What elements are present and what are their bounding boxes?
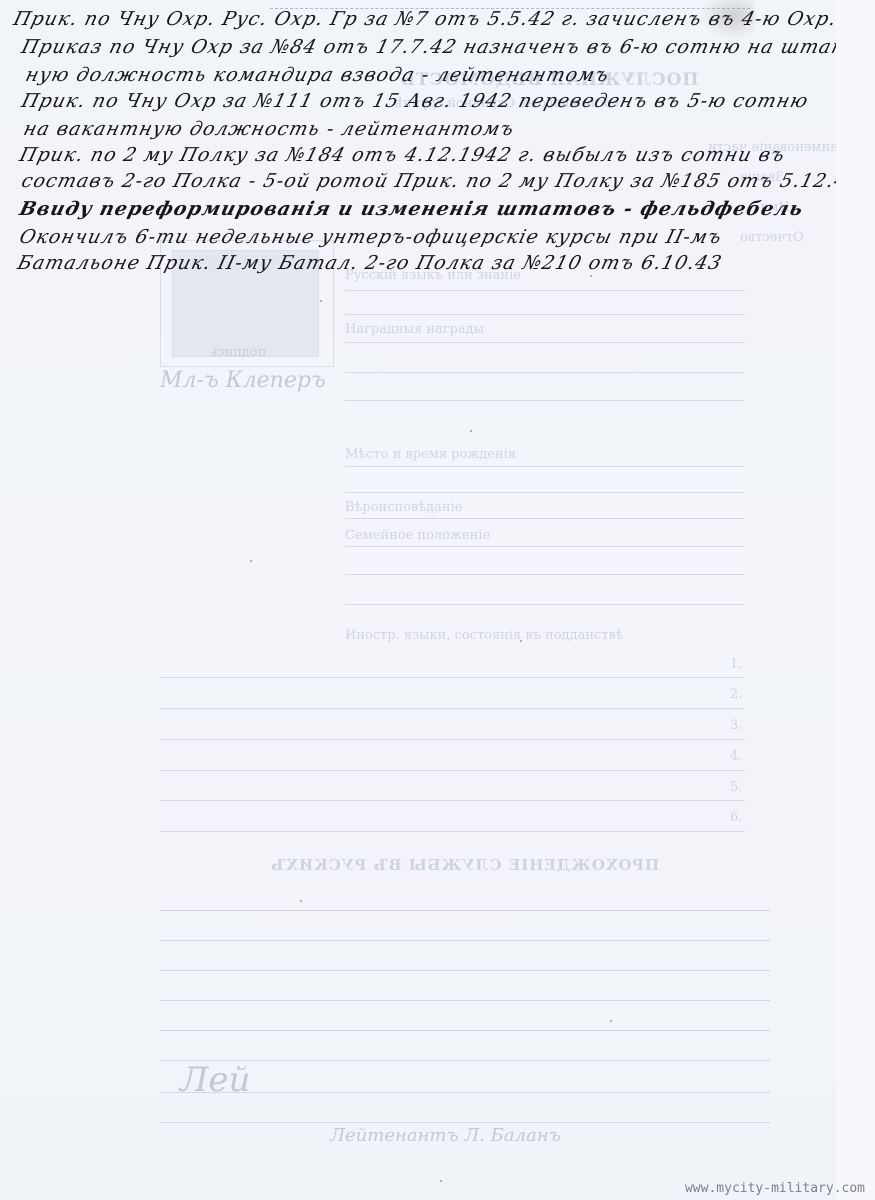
faint-signature-bottom: Лей <box>180 1060 250 1100</box>
form-rule <box>160 1000 770 1001</box>
row-number: 6. <box>730 810 742 825</box>
form-rule <box>160 831 745 832</box>
form-rule <box>345 518 745 519</box>
handwritten-line: Прик. по Чну Охр. Рус. Охр. Гр за №7 отъ… <box>11 8 839 30</box>
handwritten-line: Приказ по Чну Охр за №84 отъ 17.7.42 наз… <box>19 36 861 58</box>
form-rule <box>345 372 745 373</box>
handwritten-line: Батальоне Прик. II-му Батал. 2-го Полка … <box>15 252 724 274</box>
photo-caption: подпись <box>210 345 266 360</box>
form-rule <box>345 574 745 575</box>
handwritten-line: Ввиду переформированія и измененія штато… <box>17 198 806 220</box>
row-number: 3. <box>730 718 742 733</box>
form-rule <box>160 739 745 740</box>
form-rule <box>345 466 745 467</box>
row-number: 2. <box>730 687 742 702</box>
form-rule <box>345 400 745 401</box>
scan-speck <box>470 430 472 432</box>
faint-signature-name: Лейтенантъ Л. Баланъ <box>330 1125 561 1146</box>
form-rule <box>160 800 745 801</box>
form-rule <box>160 910 770 911</box>
scan-speck <box>590 275 592 277</box>
scan-speck <box>440 1180 442 1182</box>
scan-speck <box>610 1020 612 1022</box>
handwritten-line: Прик. по Чну Охр за №111 отъ 15 Авг. 194… <box>19 90 811 112</box>
form-rule <box>160 708 745 709</box>
form-rule <box>345 604 745 605</box>
scan-speck <box>320 300 322 302</box>
faint-signature-top: Мл-ъ Клеперъ <box>160 368 326 393</box>
scan-speck <box>250 560 252 562</box>
form-rule <box>345 342 745 343</box>
bleed-field: Семейное положеніе <box>345 528 490 543</box>
scan-margin <box>836 0 875 1200</box>
bleed-field: Вѣроисповѣданіе <box>345 500 462 515</box>
form-rule <box>345 290 745 291</box>
handwritten-line: Окончилъ 6-ти недельные унтеръ-офицерскі… <box>17 226 724 248</box>
row-number: 4. <box>730 749 742 764</box>
bleed-field: Отчество <box>740 230 804 245</box>
watermark: www.mycity-military.com <box>685 1181 865 1196</box>
scan-speck <box>300 900 302 902</box>
form-rule <box>160 1092 770 1093</box>
bleed-field: Наградныя награды <box>345 322 484 337</box>
form-rule <box>345 314 745 315</box>
form-rule <box>160 970 770 971</box>
row-number: 1. <box>730 657 742 672</box>
form-rule <box>160 940 770 941</box>
form-rule <box>345 546 745 547</box>
form-rule <box>160 677 745 678</box>
bleed-field: Иностр. языки, состоянія въ подданствѣ <box>345 628 624 643</box>
row-number: 5. <box>730 780 742 795</box>
handwritten-line: составъ 2-го Полка - 5-ой ротой Прик. по… <box>19 170 863 192</box>
form-rule <box>160 770 745 771</box>
form-rule <box>160 1060 770 1061</box>
scan-speck <box>520 640 522 642</box>
bleed-field: Мѣсто и время рожденія <box>345 447 516 462</box>
bleed-section-heading: ПРОХОЖДЕНІЕ СЛУЖБЫ ВЪ РУСКИХЪ <box>270 856 659 874</box>
form-rule <box>345 492 745 493</box>
scanned-page: ПОСЛУЖНАЯ ВѢДОМОСТЬ состоящаго въ Охранн… <box>0 0 836 1200</box>
form-rule <box>160 1122 770 1123</box>
form-rule <box>160 1030 770 1031</box>
handwritten-line: ную должность командира взвода - лейтена… <box>23 64 612 86</box>
handwritten-line: на вакантную должность - лейтенантомъ <box>21 118 517 140</box>
handwritten-line: Прик. по 2 му Полку за №184 отъ 4.12.194… <box>17 144 787 166</box>
